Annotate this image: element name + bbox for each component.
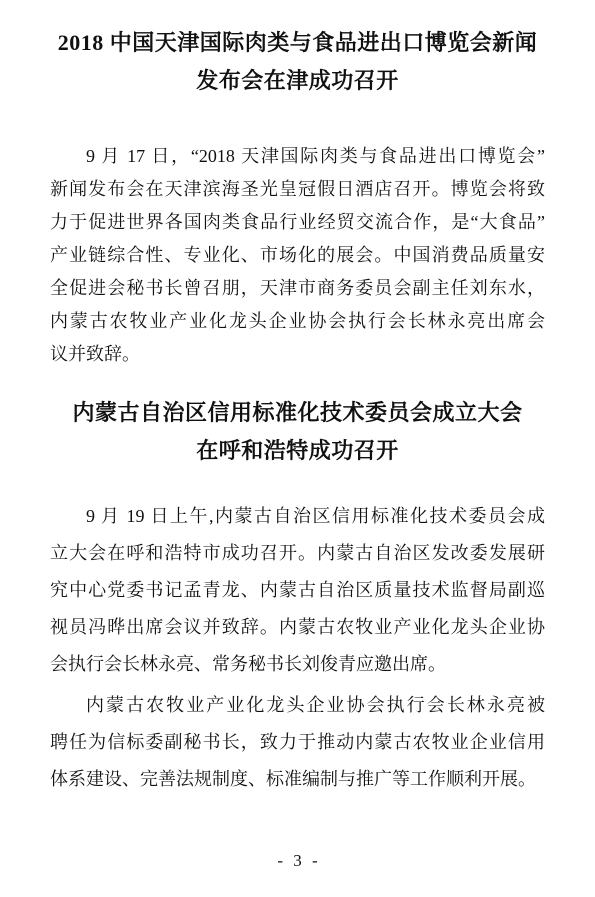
paragraph-line: 全促进会秘书长曾召朋，天津市商务委员会副主任刘东水， bbox=[50, 272, 545, 305]
paragraph-line: 9 月 19 日上午,内蒙古自治区信用标准化技术委员会成 bbox=[50, 498, 545, 535]
paragraph-line: 会执行会长林永亮、常务秘书长刘俊青应邀出席。 bbox=[50, 646, 545, 683]
paragraph-line: 视员冯晔出席会议并致辞。内蒙古农牧业产业化龙头企业协 bbox=[50, 609, 545, 646]
paragraph-line: 体系建设、完善法规制度、标准编制与推广等工作顺利开展。 bbox=[50, 761, 545, 798]
paragraph-line: 内蒙古农牧业产业化龙头企业协会执行会长林永亮被 bbox=[50, 687, 545, 724]
page-number: - 3 - bbox=[0, 851, 595, 871]
document-page: 2018 中国天津国际肉类与食品进出口博览会新闻 发布会在津成功召开 9 月 1… bbox=[0, 0, 595, 897]
article-1-title-line-2: 发布会在津成功召开 bbox=[50, 62, 545, 100]
article-1-title-line-1: 2018 中国天津国际肉类与食品进出口博览会新闻 bbox=[50, 24, 545, 62]
paragraph-line: 产业链综合性、专业化、市场化的展会。中国消费品质量安 bbox=[50, 239, 545, 272]
article-1-title: 2018 中国天津国际肉类与食品进出口博览会新闻 发布会在津成功召开 bbox=[50, 24, 545, 100]
paragraph-line: 立大会在呼和浩特市成功召开。内蒙古自治区发改委发展研 bbox=[50, 535, 545, 572]
article-2-paragraph-1: 9 月 19 日上午,内蒙古自治区信用标准化技术委员会成 立大会在呼和浩特市成功… bbox=[50, 498, 545, 683]
paragraph-line: 内蒙古农牧业产业化龙头企业协会执行会长林永亮出席会 bbox=[50, 305, 545, 338]
article-1-paragraph-1: 9 月 17 日，“2018 天津国际肉类与食品进出口博览会” 新闻发布会在天津… bbox=[50, 140, 545, 371]
paragraph-line: 力于促进世界各国肉类食品行业经贸交流合作，是“大食品” bbox=[50, 206, 545, 239]
paragraph-line: 议并致辞。 bbox=[50, 338, 545, 371]
article-2-title-line-1: 内蒙古自治区信用标准化技术委员会成立大会 bbox=[50, 394, 545, 432]
paragraph-line: 9 月 17 日，“2018 天津国际肉类与食品进出口博览会” bbox=[50, 140, 545, 173]
article-2-title: 内蒙古自治区信用标准化技术委员会成立大会 在呼和浩特成功召开 bbox=[50, 394, 545, 470]
article-2-title-line-2: 在呼和浩特成功召开 bbox=[50, 432, 545, 470]
paragraph-line: 聘任为信标委副秘书长，致力于推动内蒙古农牧业企业信用 bbox=[50, 724, 545, 761]
paragraph-line: 究中心党委书记孟青龙、内蒙古自治区质量技术监督局副巡 bbox=[50, 572, 545, 609]
page-content: 2018 中国天津国际肉类与食品进出口博览会新闻 发布会在津成功召开 9 月 1… bbox=[0, 0, 595, 798]
paragraph-line: 新闻发布会在天津滨海圣光皇冠假日酒店召开。博览会将致 bbox=[50, 173, 545, 206]
article-2-paragraph-2: 内蒙古农牧业产业化龙头企业协会执行会长林永亮被 聘任为信标委副秘书长，致力于推动… bbox=[50, 687, 545, 798]
